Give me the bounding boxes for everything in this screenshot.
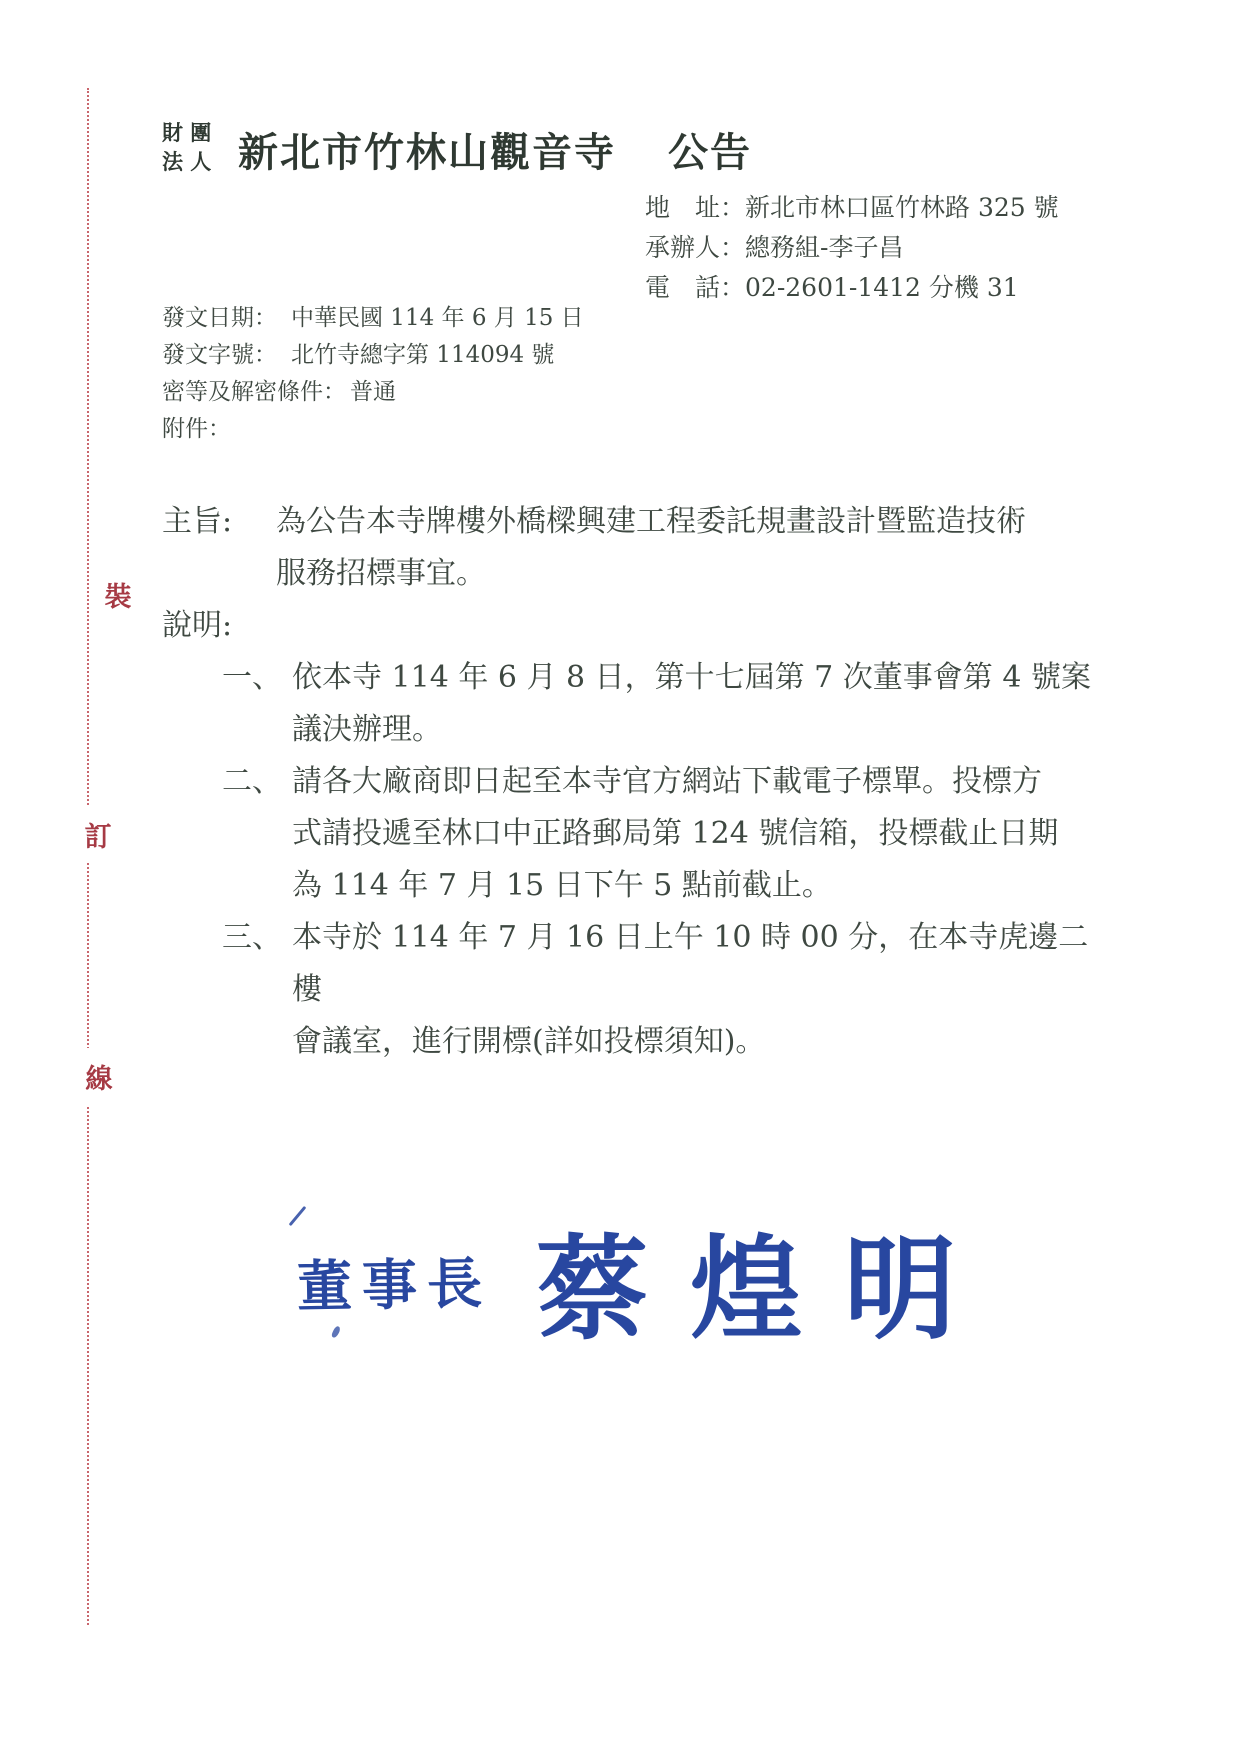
document-header: 財 團 法 人 新北市竹林山觀音寺公告: [162, 118, 752, 178]
contact-phone-line: 電 話：02-2601-1412 分機 31: [645, 268, 1059, 308]
binding-mark-ding: 訂: [80, 806, 116, 863]
doc-number-label: 發文字號：: [162, 342, 277, 368]
address-value: 新北市林口區竹林路 325 號: [745, 193, 1059, 222]
org-type-label: 財 團 法 人: [162, 118, 228, 176]
contact-address-line: 地 址：新北市林口區竹林路 325 號: [645, 188, 1059, 228]
item-1-number: 一、: [222, 652, 292, 756]
handler-value: 總務組-李子昌: [745, 233, 903, 262]
doc-type: 公告: [668, 129, 752, 176]
org-type-row1: 財 團: [162, 118, 228, 147]
org-type-row2: 法 人: [162, 147, 228, 176]
subject-text: 為公告本寺牌樓外橋樑興建工程委託規畫設計暨監造技術 服務招標事宜。: [276, 496, 1106, 600]
item-3-number: 三、: [222, 912, 292, 1068]
address-label: 地 址：: [645, 193, 745, 222]
contact-handler-line: 承辦人：總務組-李子昌: [645, 228, 1059, 268]
item-3-text: 本寺於 114 年 7 月 16 日上午 10 時 00 分，在本寺虎邊二樓 會…: [292, 912, 1112, 1068]
binding-mark-zhuang: 裝: [100, 566, 136, 623]
issue-date-value: 中華民國 114 年 6 月 15 日: [291, 305, 584, 331]
attachment-line: 附件：: [162, 411, 584, 448]
explanation-label: 說明:: [162, 600, 232, 652]
item-2-text: 請各大廠商即日起至本寺官方網站下載電子標單。投標方 式請投遞至林口中正路郵局第 …: [292, 756, 1112, 912]
org-name: 新北市竹林山觀音寺: [238, 129, 616, 176]
org-name-title: 新北市竹林山觀音寺公告: [238, 121, 752, 178]
subject-label: 主旨:: [162, 496, 276, 600]
stamp-chairman-name: 蔡煌明: [536, 1200, 998, 1361]
issue-date-line: 發文日期：中華民國 114 年 6 月 15 日: [162, 300, 584, 337]
contact-block: 地 址：新北市林口區竹林路 325 號 承辦人：總務組-李子昌 電 話：02-2…: [645, 188, 1059, 308]
explanation-item-2: 二、 請各大廠商即日起至本寺官方網站下載電子標單。投標方 式請投遞至林口中正路郵…: [222, 756, 1112, 912]
stamp-chairman-title: 董事長: [296, 1239, 492, 1321]
explanation-items: 一、 依本寺 114 年 6 月 8 日，第十七屆第 7 次董事會第 4 號案 …: [222, 652, 1112, 1068]
item-2-number: 二、: [222, 756, 292, 912]
meta-block: 發文日期：中華民國 114 年 6 月 15 日 發文字號：北竹寺總字第 114…: [162, 300, 584, 448]
doc-number-line: 發文字號：北竹寺總字第 114094 號: [162, 337, 584, 374]
subject-section: 主旨: 為公告本寺牌樓外橋樑興建工程委託規畫設計暨監造技術 服務招標事宜。: [162, 496, 1106, 600]
binding-mark-xian: 線: [81, 1048, 117, 1105]
explanation-item-1: 一、 依本寺 114 年 6 月 8 日，第十七屆第 7 次董事會第 4 號案 …: [222, 652, 1112, 756]
phone-label: 電 話：: [645, 273, 745, 302]
phone-value: 02-2601-1412 分機 31: [745, 273, 1019, 302]
issue-date-label: 發文日期：: [162, 305, 277, 331]
classification-label: 密等及解密條件：: [162, 379, 346, 405]
classification-value: 普通: [350, 379, 396, 405]
stamp: 董事長 蔡煌明: [297, 1205, 998, 1355]
attachment-label: 附件：: [162, 416, 231, 442]
explanation-item-3: 三、 本寺於 114 年 7 月 16 日上午 10 時 00 分，在本寺虎邊二…: [222, 912, 1112, 1068]
handler-label: 承辦人：: [645, 233, 745, 262]
doc-number-value: 北竹寺總字第 114094 號: [291, 342, 554, 368]
item-1-text: 依本寺 114 年 6 月 8 日，第十七屆第 7 次董事會第 4 號案 議決辦…: [292, 652, 1112, 756]
classification-line: 密等及解密條件：普通: [162, 374, 584, 411]
